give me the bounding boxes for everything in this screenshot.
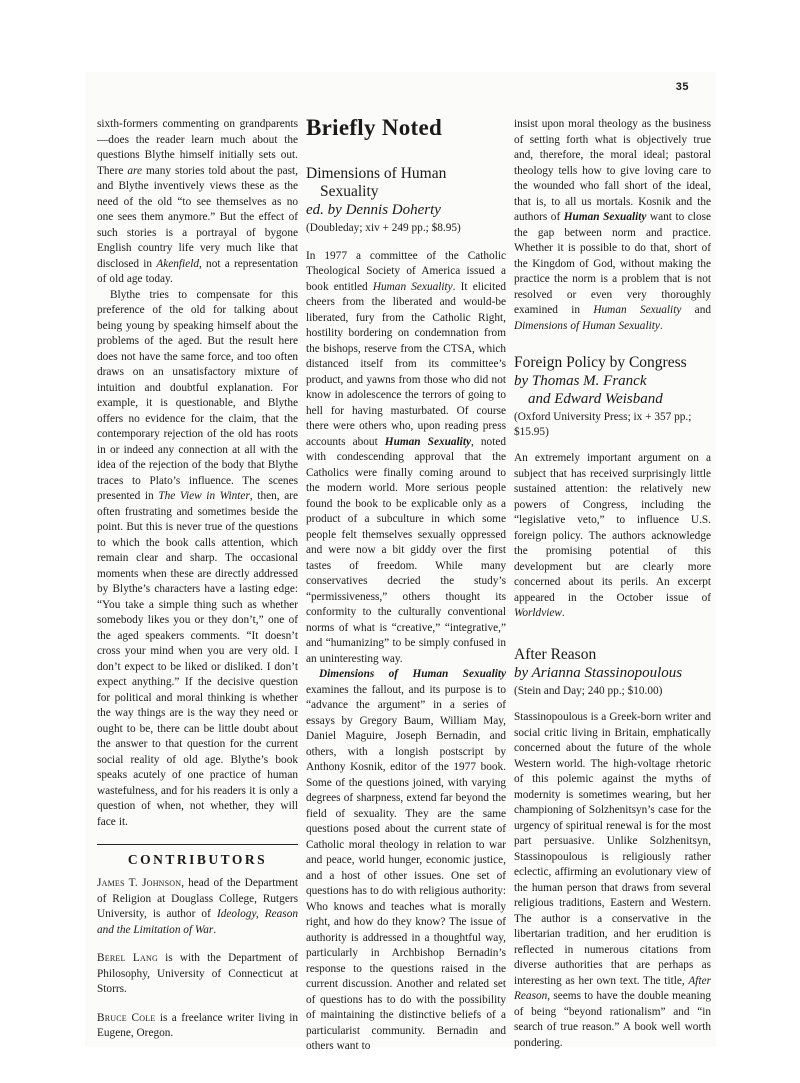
book-publisher-info: (Doubleday; xiv + 249 pp.; $8.95) <box>306 221 506 236</box>
book-title: Sexuality <box>306 183 506 201</box>
middle-column: Briefly Noted Dimensions of Human Sexual… <box>306 117 506 1055</box>
three-column-layout: sixth-formers commenting on grandparents… <box>97 117 711 1055</box>
contributors-section: CONTRIBUTORS James T. Johnson, head of t… <box>97 844 298 1042</box>
book-byline: by Thomas M. Franck <box>514 372 711 390</box>
book-byline: and Edward Weisband <box>514 390 711 408</box>
contributor-entry: Berel Lang is with the Department of Phi… <box>97 951 298 998</box>
magazine-page: 35 sixth-formers commenting on grandpare… <box>85 72 716 1047</box>
review-paragraph: Blythe tries to compensate for this pref… <box>97 288 298 831</box>
book-byline: by Arianna Stassinopoulous <box>514 664 711 682</box>
book-byline: ed. by Dennis Doherty <box>306 201 506 219</box>
review-paragraph: Dimensions of Human Sexuality examines t… <box>306 667 506 1055</box>
contributors-heading: CONTRIBUTORS <box>97 852 298 868</box>
book-publisher-info: (Stein and Day; 240 pp.; $10.00) <box>514 684 711 699</box>
book-title: After Reason <box>514 646 711 664</box>
book-title: Foreign Policy by Congress <box>514 354 711 372</box>
book-publisher-info: (Oxford University Press; ix + 357 pp.; … <box>514 410 711 439</box>
contributor-entry: James T. Johnson, head of the Department… <box>97 876 298 938</box>
book-review: Foreign Policy by Congress by Thomas M. … <box>514 354 711 622</box>
review-paragraph: Stassinopoulous is a Greek-born writer a… <box>514 710 711 1051</box>
left-column: sixth-formers commenting on grandparents… <box>97 117 298 1055</box>
book-title: Dimensions of Human <box>306 165 506 183</box>
book-header: Dimensions of Human Sexuality ed. by Den… <box>306 165 506 236</box>
review-paragraph: In 1977 a committee of the Catholic Theo… <box>306 249 506 668</box>
contributor-entry: Bruce Cole is a freelance writer living … <box>97 1011 298 1042</box>
section-heading: Briefly Noted <box>306 115 506 141</box>
book-review: After Reason by Arianna Stassinopoulous … <box>514 646 711 1052</box>
right-column: insist upon moral theology as the busine… <box>514 117 711 1055</box>
review-continuation-paragraph: insist upon moral theology as the busine… <box>514 117 711 334</box>
review-paragraph: An extremely important argument on a sub… <box>514 451 711 622</box>
review-continuation-paragraph: sixth-formers commenting on grandparents… <box>97 117 298 288</box>
page-number: 35 <box>676 81 689 93</box>
